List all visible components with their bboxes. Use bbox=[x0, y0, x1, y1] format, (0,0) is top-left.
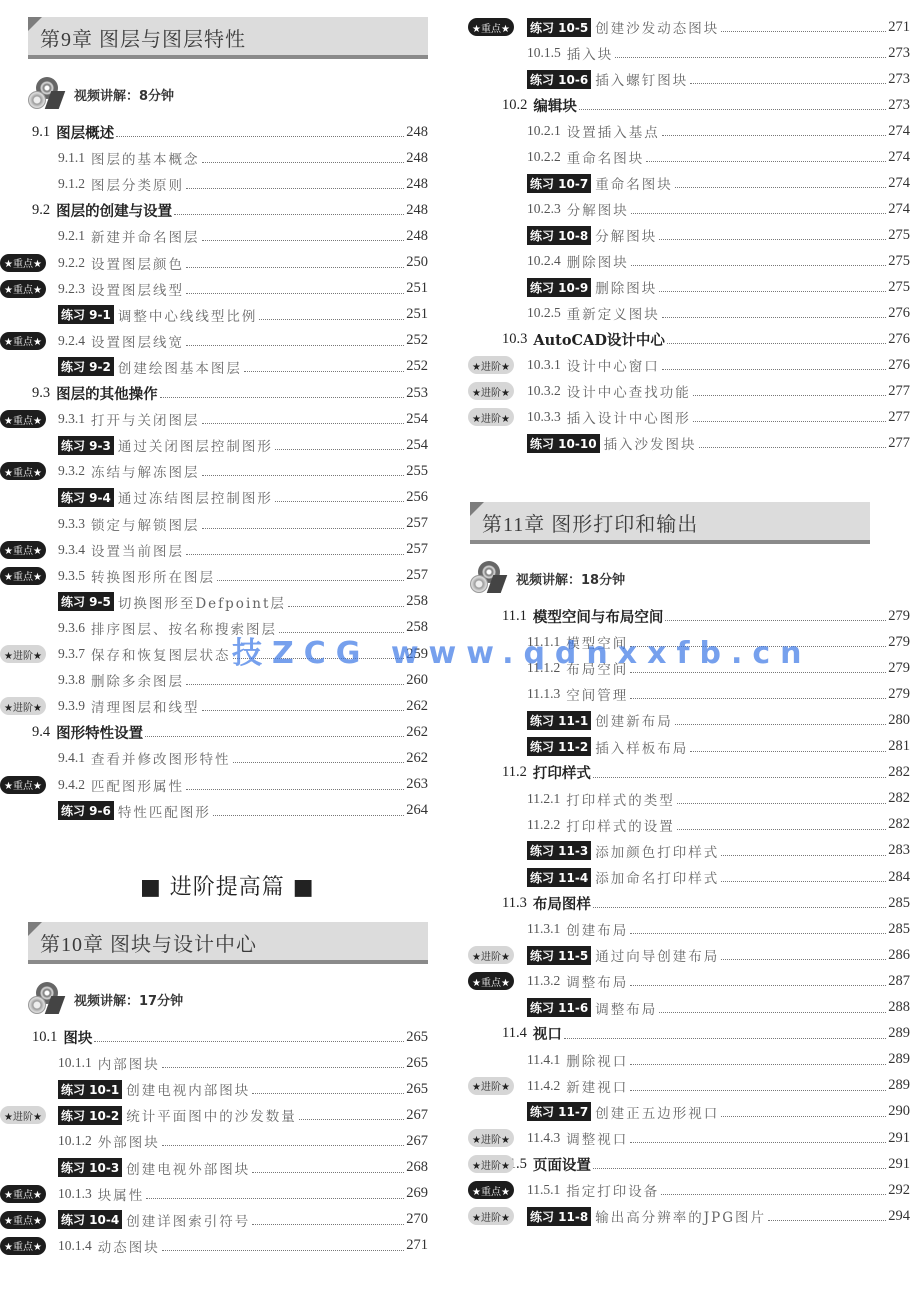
advanced-badge: ★进阶★ bbox=[468, 356, 514, 374]
toc-subsection-entry[interactable]: 9.1.2图层分类原则248 bbox=[58, 171, 428, 197]
page-number: 257 bbox=[406, 541, 428, 558]
toc-exercise-entry[interactable]: 练习 11-8输出高分辨率的JPG图片294 bbox=[527, 1203, 910, 1229]
dot-leader bbox=[174, 214, 404, 215]
toc-subsection-entry[interactable]: 9.3.2冻结与解冻图层255 bbox=[58, 458, 428, 484]
entry-title: 设置插入基点 bbox=[567, 121, 660, 141]
section-number: 11.1 bbox=[502, 608, 527, 625]
page-number: 265 bbox=[406, 1029, 428, 1046]
section-number: 10.1 bbox=[32, 1029, 57, 1046]
entry-title: 转换图形所在图层 bbox=[91, 566, 215, 586]
entry-title: 插入设计中心图形 bbox=[567, 407, 691, 427]
toc-exercise-entry[interactable]: 练习 10-7重命名图块274 bbox=[527, 170, 910, 196]
entry-title: 指定打印设备 bbox=[566, 1180, 659, 1200]
section-number: 10.3 bbox=[502, 331, 527, 348]
dot-leader bbox=[631, 213, 887, 214]
page-number: 285 bbox=[888, 921, 910, 938]
key-point-badge: ★重点★ bbox=[468, 18, 514, 36]
entry-title: 设置图层线宽 bbox=[91, 331, 184, 351]
section-number: 10.2.1 bbox=[527, 123, 561, 139]
page-number: 264 bbox=[406, 802, 428, 819]
section-number: 9.3.5 bbox=[58, 568, 85, 584]
entry-title: 设置当前图层 bbox=[91, 540, 184, 560]
dot-leader bbox=[659, 1012, 886, 1013]
entry-title: 设计中心查找功能 bbox=[567, 381, 691, 401]
entry-title: 创建电视外部图块 bbox=[126, 1158, 250, 1178]
page-number: 291 bbox=[888, 1130, 910, 1147]
entry-title: 插入样板布局 bbox=[595, 737, 688, 757]
page-number: 287 bbox=[888, 973, 910, 990]
toc-subsection-entry[interactable]: 10.1.3块属性269 bbox=[58, 1181, 428, 1207]
section-number: 9.1 bbox=[32, 124, 50, 141]
entry-title: 分解图块 bbox=[567, 199, 629, 219]
toc-section-entry[interactable]: 9.4图形特性设置262 bbox=[32, 719, 428, 745]
page-number: 275 bbox=[888, 227, 910, 244]
exercise-tag: 练习 11-5 bbox=[527, 946, 591, 965]
exercise-tag: 练习 10-5 bbox=[527, 18, 591, 37]
page-number: 269 bbox=[406, 1185, 428, 1202]
section-number: 11.1.3 bbox=[527, 686, 560, 702]
toc-subsection-entry[interactable]: 9.2.1新建并命名图层248 bbox=[58, 223, 428, 249]
page-number: 281 bbox=[888, 738, 910, 755]
toc-subsection-entry[interactable]: 11.3.2调整布局287 bbox=[527, 968, 910, 994]
entry-title: 新建视口 bbox=[566, 1076, 628, 1096]
page-number: 254 bbox=[406, 437, 428, 454]
entry-title: 设置图层颜色 bbox=[91, 253, 184, 273]
toc-subsection-entry[interactable]: 10.1.2外部图块267 bbox=[58, 1128, 428, 1154]
section-number: 9.2.1 bbox=[58, 228, 85, 244]
toc-section-entry[interactable]: 9.3图层的其他操作253 bbox=[32, 380, 428, 406]
watermark: 技ZCG www.qdnxxfb.cn bbox=[232, 628, 812, 672]
toc-subsection-entry[interactable]: 9.1.1图层的基本概念248 bbox=[58, 145, 428, 171]
entry-title: 调整视口 bbox=[566, 1128, 628, 1148]
page-number: 262 bbox=[406, 724, 428, 741]
exercise-tag: 练习 10-9 bbox=[527, 278, 591, 297]
entry-title: 通过向导创建布局 bbox=[595, 945, 719, 965]
toc-subsection-entry[interactable]: 11.1.3空间管理279 bbox=[527, 681, 910, 707]
dot-leader bbox=[630, 933, 886, 934]
toc-section-entry[interactable]: 9.2图层的创建与设置248 bbox=[32, 197, 428, 223]
entry-title: 图块 bbox=[63, 1027, 92, 1048]
entry-title: 内部图块 bbox=[98, 1053, 160, 1073]
dot-leader bbox=[252, 1224, 404, 1225]
toc-subsection-entry[interactable]: 11.3.1创建布局285 bbox=[527, 916, 910, 942]
dot-leader bbox=[630, 985, 886, 986]
entry-title: 模型空间与布局空间 bbox=[533, 606, 664, 627]
toc-section-entry[interactable]: 11.3布局图样285 bbox=[502, 890, 910, 916]
key-point-badge: ★重点★ bbox=[0, 776, 46, 794]
entry-title: 输出高分辨率的JPG图片 bbox=[595, 1206, 766, 1226]
page-number: 279 bbox=[888, 634, 910, 651]
key-point-badge: ★重点★ bbox=[0, 332, 46, 350]
page-number: 276 bbox=[888, 331, 910, 348]
advanced-badge: ★进阶★ bbox=[468, 1077, 514, 1095]
toc-section-entry[interactable]: 9.1图层概述248 bbox=[32, 119, 428, 145]
toc-exercise-entry[interactable]: 练习 10-6插入螺钉图块273 bbox=[527, 66, 910, 92]
entry-title: 统计平面图中的沙发数量 bbox=[126, 1105, 297, 1125]
toc-subsection-entry[interactable]: 11.5.1指定打印设备292 bbox=[527, 1177, 910, 1203]
entry-title: 删除视口 bbox=[566, 1050, 628, 1070]
entry-title: 添加颜色打印样式 bbox=[595, 841, 719, 861]
chapter-title: 第9章 图层与图层特性 bbox=[40, 23, 246, 52]
dot-leader bbox=[593, 777, 886, 778]
section-number: 10.1.2 bbox=[58, 1133, 92, 1149]
key-point-badge: ★重点★ bbox=[0, 1185, 46, 1203]
entry-title: 创建详图索引符号 bbox=[126, 1210, 250, 1230]
dot-leader bbox=[213, 815, 404, 816]
section-number: 10.2.3 bbox=[527, 201, 561, 217]
entry-title: 创建正五边形视口 bbox=[595, 1102, 719, 1122]
section-number: 10.2 bbox=[502, 97, 527, 114]
video-label: 视频讲解：17分钟 bbox=[74, 990, 183, 1009]
section-number: 9.3 bbox=[32, 385, 50, 402]
film-reel-icon bbox=[470, 561, 506, 595]
page-number: 276 bbox=[888, 357, 910, 374]
dot-leader bbox=[116, 136, 404, 137]
page-number: 274 bbox=[888, 175, 910, 192]
section-number: 9.2 bbox=[32, 202, 50, 219]
entry-title: 创建电视内部图块 bbox=[126, 1079, 250, 1099]
toc-subsection-entry[interactable]: 10.3.3插入设计中心图形277 bbox=[527, 404, 910, 430]
page-number: 253 bbox=[406, 385, 428, 402]
dot-leader bbox=[244, 371, 404, 372]
toc-section-entry[interactable]: 11.5页面设置291 bbox=[502, 1151, 910, 1177]
toc-section-entry[interactable]: 11.2打印样式282 bbox=[502, 760, 910, 786]
page-number: 274 bbox=[888, 201, 910, 218]
page-number: 255 bbox=[406, 463, 428, 480]
page-number: 265 bbox=[406, 1081, 428, 1098]
page-number: 284 bbox=[888, 869, 910, 886]
advanced-badge: ★进阶★ bbox=[468, 1207, 514, 1225]
toc-subsection-entry[interactable]: 9.2.3设置图层线型251 bbox=[58, 276, 428, 302]
page-number: 291 bbox=[888, 1156, 910, 1173]
toc-subsection-entry[interactable]: 10.2.3分解图块274 bbox=[527, 196, 910, 222]
toc-subsection-entry[interactable]: 11.4.3调整视口291 bbox=[527, 1125, 910, 1151]
dot-leader bbox=[252, 1093, 404, 1094]
dot-leader bbox=[202, 162, 405, 163]
toc-exercise-entry[interactable]: 练习 11-1创建新布局280 bbox=[527, 707, 910, 733]
toc-subsection-entry[interactable]: 9.3.1打开与关闭图层254 bbox=[58, 406, 428, 432]
entry-title: 块属性 bbox=[98, 1184, 145, 1204]
exercise-tag: 练习 9-3 bbox=[58, 436, 114, 455]
toc-subsection-entry[interactable]: 10.1.5插入块273 bbox=[527, 40, 910, 66]
toc-exercise-entry[interactable]: 练习 11-4添加命名打印样式284 bbox=[527, 864, 910, 890]
page-number: 248 bbox=[406, 202, 428, 219]
dot-leader bbox=[593, 1168, 886, 1169]
section-number: 9.3.3 bbox=[58, 516, 85, 532]
dot-leader bbox=[721, 31, 886, 32]
page-number: 286 bbox=[888, 947, 910, 964]
entry-title: AutoCAD设计中心 bbox=[533, 329, 665, 350]
exercise-tag: 练习 11-2 bbox=[527, 737, 591, 756]
dot-leader bbox=[667, 343, 886, 344]
exercise-tag: 练习 10-6 bbox=[527, 70, 591, 89]
page-number: 277 bbox=[888, 383, 910, 400]
page-number: 248 bbox=[406, 176, 428, 193]
dot-leader bbox=[630, 672, 886, 673]
dot-leader bbox=[162, 1145, 405, 1146]
exercise-tag: 练习 11-7 bbox=[527, 1102, 591, 1121]
key-point-badge: ★重点★ bbox=[0, 410, 46, 428]
toc-section-entry[interactable]: 11.1模型空间与布局空间279 bbox=[502, 603, 910, 629]
page-number: 257 bbox=[406, 515, 428, 532]
toc-exercise-entry[interactable]: 练习 10-2统计平面图中的沙发数量267 bbox=[58, 1102, 428, 1128]
section-number: 10.3.2 bbox=[527, 383, 561, 399]
toc-exercise-entry[interactable]: 练习 10-3创建电视外部图块268 bbox=[58, 1155, 428, 1181]
key-point-badge: ★重点★ bbox=[0, 567, 46, 585]
page-number: 271 bbox=[888, 19, 910, 36]
page-number: 277 bbox=[888, 409, 910, 426]
entry-title: 图层的其他操作 bbox=[56, 383, 158, 404]
toc-exercise-entry[interactable]: 练习 9-3通过关闭图层控制图形254 bbox=[58, 432, 428, 458]
toc-exercise-entry[interactable]: 练习 9-4通过冻结图层控制图形256 bbox=[58, 484, 428, 510]
video-duration: 视频讲解：17分钟 bbox=[28, 981, 183, 1017]
page-number: 262 bbox=[406, 698, 428, 715]
toc-subsection-entry[interactable]: 10.1.1内部图块265 bbox=[58, 1050, 428, 1076]
exercise-tag: 练习 9-6 bbox=[58, 801, 114, 820]
page-number: 279 bbox=[888, 686, 910, 703]
entry-title: 创建沙发动态图块 bbox=[595, 17, 719, 37]
page-number: 274 bbox=[888, 149, 910, 166]
dot-leader bbox=[615, 57, 886, 58]
video-duration: 视频讲解：8分钟 bbox=[28, 76, 174, 112]
page-number: 280 bbox=[888, 712, 910, 729]
entry-title: 图形特性设置 bbox=[56, 722, 143, 743]
dot-leader bbox=[721, 855, 886, 856]
dot-leader bbox=[259, 319, 404, 320]
section-number: 11.2.1 bbox=[527, 791, 560, 807]
key-point-badge: ★重点★ bbox=[0, 254, 46, 272]
page-number: 251 bbox=[406, 280, 428, 297]
chapter-title: 第11章 图形打印和输出 bbox=[482, 508, 698, 537]
exercise-tag: 练习 11-4 bbox=[527, 868, 591, 887]
toc-subsection-entry[interactable]: 11.4.2新建视口289 bbox=[527, 1073, 910, 1099]
toc-exercise-entry[interactable]: 练习 10-9删除图块275 bbox=[527, 274, 910, 300]
dot-leader bbox=[630, 1142, 886, 1143]
toc-subsection-entry[interactable]: 10.3.2设计中心查找功能277 bbox=[527, 378, 910, 404]
key-point-badge: ★重点★ bbox=[0, 541, 46, 559]
entry-title: 动态图块 bbox=[98, 1236, 160, 1256]
exercise-tag: 练习 10-7 bbox=[527, 174, 591, 193]
chapter-11-header: 第11章 图形打印和输出 bbox=[470, 502, 870, 544]
dot-leader bbox=[202, 710, 405, 711]
page-number: 282 bbox=[888, 790, 910, 807]
entry-title: 插入沙发图块 bbox=[604, 433, 697, 453]
page-number: 273 bbox=[888, 71, 910, 88]
section-number: 9.3.9 bbox=[58, 698, 85, 714]
page-number: 252 bbox=[406, 332, 428, 349]
dot-leader bbox=[162, 1067, 405, 1068]
toc-subsection-entry[interactable]: 9.4.1查看并修改图形特性262 bbox=[58, 745, 428, 771]
exercise-tag: 练习 10-10 bbox=[527, 434, 600, 453]
dot-leader bbox=[202, 475, 405, 476]
section-number: 10.1.5 bbox=[527, 45, 561, 61]
part-title: ■ 进阶提高篇 ■ bbox=[140, 870, 315, 901]
page-number: 283 bbox=[888, 842, 910, 859]
toc-subsection-entry[interactable]: 9.4.2匹配图形属性263 bbox=[58, 772, 428, 798]
key-point-badge: ★重点★ bbox=[468, 1181, 514, 1199]
page-number: 292 bbox=[888, 1182, 910, 1199]
toc-section-entry[interactable]: 10.1图块265 bbox=[32, 1024, 428, 1050]
entry-title: 图层概述 bbox=[56, 122, 114, 143]
toc-subsection-entry[interactable]: 9.3.4设置当前图层257 bbox=[58, 537, 428, 563]
section-number: 9.1.2 bbox=[58, 176, 85, 192]
dot-leader bbox=[662, 135, 887, 136]
page-number: 279 bbox=[888, 608, 910, 625]
entry-title: 调整布局 bbox=[595, 998, 657, 1018]
dot-leader bbox=[768, 1220, 886, 1221]
toc-subsection-entry[interactable]: 10.2.1设置插入基点274 bbox=[527, 118, 910, 144]
toc-subsection-entry[interactable]: 9.3.5转换图形所在图层257 bbox=[58, 563, 428, 589]
page-number: 277 bbox=[888, 435, 910, 452]
page-number: 263 bbox=[406, 776, 428, 793]
section-number: 9.2.4 bbox=[58, 333, 85, 349]
entry-title: 添加命名打印样式 bbox=[595, 867, 719, 887]
advanced-badge: ★进阶★ bbox=[0, 1106, 46, 1124]
section-number: 11.2.2 bbox=[527, 817, 560, 833]
dot-leader bbox=[693, 395, 887, 396]
page-number: 289 bbox=[888, 1077, 910, 1094]
chapter-10-header: 第10章 图块与设计中心 bbox=[28, 922, 428, 964]
toc-exercise-entry[interactable]: 练习 10-5创建沙发动态图块271 bbox=[527, 14, 910, 40]
toc-subsection-entry[interactable]: 9.3.9清理图层和线型262 bbox=[58, 693, 428, 719]
toc-exercise-entry[interactable]: 练习 9-1调整中心线线型比例251 bbox=[58, 302, 428, 328]
section-number: 11.4.3 bbox=[527, 1130, 560, 1146]
toc-section-entry[interactable]: 10.2编辑块273 bbox=[502, 92, 910, 118]
page-number: 254 bbox=[406, 411, 428, 428]
toc-section-entry[interactable]: 10.3AutoCAD设计中心276 bbox=[502, 326, 910, 352]
toc-exercise-entry[interactable]: 练习 10-8分解图块275 bbox=[527, 222, 910, 248]
entry-title: 设置图层线型 bbox=[91, 279, 184, 299]
entry-title: 设计中心窗口 bbox=[567, 355, 660, 375]
toc-subsection-entry[interactable]: 9.2.4设置图层线宽252 bbox=[58, 328, 428, 354]
entry-title: 打印样式的类型 bbox=[566, 789, 675, 809]
dot-leader bbox=[162, 1250, 405, 1251]
entry-title: 切换图形至Defpoint层 bbox=[118, 592, 286, 612]
toc-exercise-entry[interactable]: 练习 11-2插入样板布局281 bbox=[527, 734, 910, 760]
exercise-tag: 练习 10-8 bbox=[527, 226, 591, 245]
dot-leader bbox=[288, 606, 404, 607]
dot-leader bbox=[202, 423, 405, 424]
entry-title: 打开与关闭图层 bbox=[91, 409, 200, 429]
dot-leader bbox=[659, 291, 886, 292]
key-point-badge: ★重点★ bbox=[0, 280, 46, 298]
page-number: 248 bbox=[406, 124, 428, 141]
entry-title: 删除多余图层 bbox=[91, 670, 184, 690]
dot-leader bbox=[675, 724, 887, 725]
toc-subsection-entry[interactable]: 9.3.3锁定与解锁图层257 bbox=[58, 511, 428, 537]
dot-leader bbox=[690, 83, 886, 84]
entry-title: 外部图块 bbox=[98, 1131, 160, 1151]
entry-title: 锁定与解锁图层 bbox=[91, 514, 200, 534]
toc-exercise-entry[interactable]: 练习 10-10插入沙发图块277 bbox=[527, 430, 910, 456]
dot-leader bbox=[186, 345, 404, 346]
dot-leader bbox=[631, 265, 887, 266]
section-number: 9.4 bbox=[32, 724, 50, 741]
advanced-badge: ★进阶★ bbox=[468, 1155, 514, 1173]
toc-subsection-entry[interactable]: 9.2.2设置图层颜色250 bbox=[58, 250, 428, 276]
toc-subsection-entry[interactable]: 10.2.2重命名图块274 bbox=[527, 144, 910, 170]
page-number: 262 bbox=[406, 750, 428, 767]
dot-leader bbox=[721, 959, 886, 960]
toc-subsection-entry[interactable]: 11.2.2打印样式的设置282 bbox=[527, 812, 910, 838]
key-point-badge: ★重点★ bbox=[0, 1237, 46, 1255]
section-number: 9.3.2 bbox=[58, 463, 85, 479]
page-number: 267 bbox=[406, 1133, 428, 1150]
video-duration: 视频讲解：18分钟 bbox=[470, 560, 625, 596]
dot-leader bbox=[675, 187, 887, 188]
toc-exercise-entry[interactable]: 练习 11-7创建正五边形视口290 bbox=[527, 1099, 910, 1125]
dot-leader bbox=[662, 369, 887, 370]
entry-title: 创建布局 bbox=[566, 919, 628, 939]
section-number: 9.4.1 bbox=[58, 750, 85, 766]
advanced-badge: ★进阶★ bbox=[468, 946, 514, 964]
dot-leader bbox=[186, 293, 404, 294]
page-number: 273 bbox=[888, 45, 910, 62]
dot-leader bbox=[630, 1064, 886, 1065]
dot-leader bbox=[202, 528, 405, 529]
section-number: 9.1.1 bbox=[58, 150, 85, 166]
exercise-tag: 练习 9-2 bbox=[58, 357, 114, 376]
page-number: 267 bbox=[406, 1107, 428, 1124]
exercise-tag: 练习 11-8 bbox=[527, 1207, 591, 1226]
toc-exercise-entry[interactable]: 练习 9-6特性匹配图形264 bbox=[58, 798, 428, 824]
section-number: 10.2.4 bbox=[527, 253, 561, 269]
entry-title: 删除图块 bbox=[567, 251, 629, 271]
toc-section-entry[interactable]: 11.4视口289 bbox=[502, 1021, 910, 1047]
toc-subsection-entry[interactable]: 10.1.4动态图块271 bbox=[58, 1233, 428, 1259]
toc-exercise-entry[interactable]: 练习 10-4创建详图索引符号270 bbox=[58, 1207, 428, 1233]
toc-subsection-entry[interactable]: 11.2.1打印样式的类型282 bbox=[527, 786, 910, 812]
entry-title: 空间管理 bbox=[566, 684, 628, 704]
dot-leader bbox=[275, 501, 404, 502]
toc-subsection-entry[interactable]: 10.2.4删除图块275 bbox=[527, 248, 910, 274]
page-number: 290 bbox=[888, 1103, 910, 1120]
entry-title: 创建绘图基本图层 bbox=[118, 357, 242, 377]
toc-subsection-entry[interactable]: 10.2.5重新定义图块276 bbox=[527, 300, 910, 326]
entry-title: 页面设置 bbox=[533, 1154, 591, 1175]
entry-title: 保存和恢复图层状态 bbox=[91, 644, 231, 664]
exercise-tag: 练习 10-2 bbox=[58, 1106, 122, 1125]
toc-exercise-entry[interactable]: 练习 11-3添加颜色打印样式283 bbox=[527, 838, 910, 864]
section-number: 11.3 bbox=[502, 895, 527, 912]
section-number: 9.3.8 bbox=[58, 672, 85, 688]
toc-exercise-entry[interactable]: 练习 9-2创建绘图基本图层252 bbox=[58, 354, 428, 380]
dot-leader bbox=[252, 1172, 404, 1173]
dot-leader bbox=[661, 1194, 886, 1195]
toc-subsection-entry[interactable]: 11.4.1删除视口289 bbox=[527, 1047, 910, 1073]
entry-title: 布局图样 bbox=[533, 893, 591, 914]
page-number: 285 bbox=[888, 895, 910, 912]
toc-subsection-entry[interactable]: 10.3.1设计中心窗口276 bbox=[527, 352, 910, 378]
section-number: 10.3.1 bbox=[527, 357, 561, 373]
section-number: 11.5.1 bbox=[527, 1182, 560, 1198]
page-number: 289 bbox=[888, 1025, 910, 1042]
page-number: 276 bbox=[888, 305, 910, 322]
advanced-badge: ★进阶★ bbox=[0, 645, 46, 663]
section-number: 10.2.5 bbox=[527, 305, 561, 321]
toc-exercise-entry[interactable]: 练习 11-5通过向导创建布局286 bbox=[527, 942, 910, 968]
entry-title: 图层分类原则 bbox=[91, 174, 184, 194]
toc-exercise-entry[interactable]: 练习 10-1创建电视内部图块265 bbox=[58, 1076, 428, 1102]
entry-title: 重命名图块 bbox=[567, 147, 645, 167]
chapter-9-header: 第9章 图层与图层特性 bbox=[28, 17, 428, 59]
advanced-badge: ★进阶★ bbox=[468, 1129, 514, 1147]
dot-leader bbox=[202, 240, 405, 241]
toc-exercise-entry[interactable]: 练习 9-5切换图形至Defpoint层258 bbox=[58, 589, 428, 615]
toc-exercise-entry[interactable]: 练习 11-6调整布局288 bbox=[527, 995, 910, 1021]
dot-leader bbox=[630, 698, 886, 699]
video-label: 视频讲解：8分钟 bbox=[74, 85, 174, 104]
